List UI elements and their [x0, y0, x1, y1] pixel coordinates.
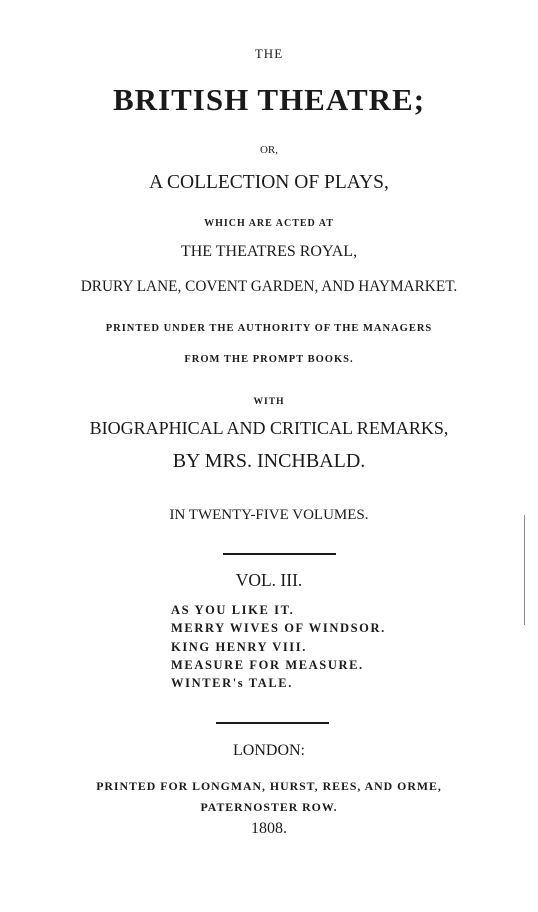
acted-at: WHICH ARE ACTED AT: [0, 218, 538, 229]
venues: DRURY LANE, COVENT GARDEN, AND HAYMARKET…: [0, 278, 538, 296]
authority-line-2: FROM THE PROMPT BOOKS.: [0, 354, 538, 365]
play-item: WINTER's TALE.: [171, 674, 386, 692]
theatres: THE THEATRES ROYAL,: [0, 243, 538, 261]
title-the: THE: [0, 46, 538, 62]
with: WITH: [0, 397, 538, 407]
printer-line-1: PRINTED FOR LONGMAN, HURST, REES, AND OR…: [0, 779, 538, 794]
main-title: BRITISH THEATRE;: [0, 82, 538, 118]
remarks: BIOGRAPHICAL AND CRITICAL REMARKS,: [0, 418, 538, 439]
play-item: AS YOU LIKE IT.: [171, 601, 386, 619]
play-item: MERRY WIVES OF WINDSOR.: [171, 619, 386, 637]
play-item: KING HENRY VIII.: [171, 638, 386, 656]
year: 1808.: [0, 820, 538, 838]
subtitle: A COLLECTION OF PLAYS,: [0, 172, 538, 194]
author: BY MRS. INCHBALD.: [0, 450, 538, 473]
place: LONDON:: [0, 742, 538, 760]
plays-list: AS YOU LIKE IT. MERRY WIVES OF WINDSOR. …: [171, 601, 386, 692]
divider-rule-top: [223, 553, 336, 555]
divider-rule-bottom: [216, 722, 329, 724]
volumes: IN TWENTY-FIVE VOLUMES.: [0, 507, 538, 524]
title-or: OR,: [0, 144, 538, 156]
authority-line-1: PRINTED UNDER THE AUTHORITY OF THE MANAG…: [0, 323, 538, 334]
printer-line-2: PATERNOSTER ROW.: [0, 800, 538, 815]
volume-number: VOL. III.: [0, 570, 538, 591]
page-edge-line: [524, 515, 525, 625]
play-item: MEASURE FOR MEASURE.: [171, 656, 386, 674]
